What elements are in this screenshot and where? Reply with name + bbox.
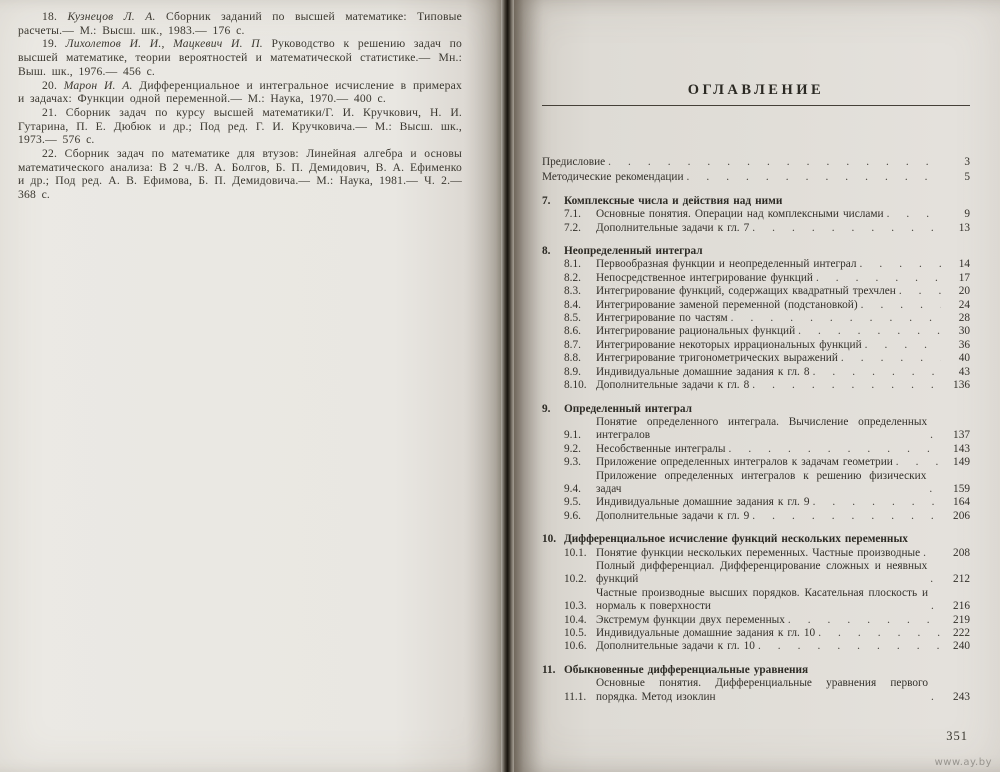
toc-item-number: 7.2.: [564, 222, 596, 235]
toc-item-page: 9: [944, 208, 970, 221]
toc-item-label: Интегрирование по частям: [596, 312, 728, 325]
toc-item-label: Методические рекомендации: [542, 171, 684, 184]
toc-item-page: 143: [944, 443, 970, 456]
dot-leader: [731, 312, 941, 325]
chapter-title: Неопределенный интеграл: [564, 245, 970, 258]
dot-leader: [931, 691, 941, 704]
toc-item-label: Первообразная функции и неопределенный и…: [596, 258, 857, 271]
chapter-heading: 11. Обыкновенные дифференциальные уравне…: [542, 664, 970, 677]
page-gutter: [501, 0, 514, 772]
chapter-items: 7.1. Основные понятия. Операции над комп…: [542, 208, 970, 235]
toc-item-number: 11.1.: [564, 691, 596, 704]
chapter-title: Дифференциальное исчисление функций неск…: [564, 533, 970, 546]
chapter-heading: 7. Комплексные числа и действия над ними: [542, 195, 970, 208]
chapter-title: Обыкновенные дифференциальные уравнения: [564, 664, 970, 677]
toc-item-number: 9.2.: [564, 443, 596, 456]
toc-item-page: 36: [944, 339, 970, 352]
toc-item: 8.6. Интегрирование рациональных функций…: [564, 325, 970, 338]
bibliography-entry: 19. Лихолетов И. И., Мацкевич И. П. Руко…: [18, 37, 462, 78]
toc-item: 8.10. Дополнительные задачи к гл. 8 136: [564, 379, 970, 392]
chapter-number: 10.: [542, 533, 564, 546]
toc-item: 8.5. Интегрирование по частям 28: [564, 312, 970, 325]
toc-item-number: 9.6.: [564, 510, 596, 523]
entry-number: 20.: [42, 79, 57, 92]
dot-leader: [923, 547, 941, 560]
bibliography-entry: 21. Сборник задач по курсу высшей матема…: [18, 106, 462, 147]
toc-chapter-11: 11. Обыкновенные дифференциальные уравне…: [542, 664, 970, 704]
chapter-heading: 10. Дифференциальное исчисление функций …: [542, 533, 970, 546]
dot-leader: [758, 640, 941, 653]
toc-item: 8.7. Интегрирование некоторых иррационал…: [564, 339, 970, 352]
toc-item-number: 8.4.: [564, 299, 596, 312]
toc-item-page: 40: [944, 352, 970, 365]
toc-item: Методические рекомендации 5: [542, 171, 970, 184]
chapter-number: 9.: [542, 403, 564, 416]
toc-item: 7.1. Основные понятия. Операции над комп…: [564, 208, 970, 221]
entry-author: Кузнецов Л. А.: [67, 10, 155, 23]
toc-item: 10.1. Понятие функции нескольких перемен…: [564, 547, 970, 560]
entry-text: Сборник задач по математике для втузов: …: [18, 147, 462, 201]
toc-item-label: Дополнительные задачи к гл. 7: [596, 222, 749, 235]
toc-item-number: 9.4.: [564, 483, 596, 496]
toc-item: 8.8. Интегрирование тригонометрических в…: [564, 352, 970, 365]
toc-item: 9.1. Понятие определенного интеграла. Вы…: [564, 416, 970, 443]
entry-number: 21.: [42, 106, 57, 119]
toc-item-page: 136: [944, 379, 970, 392]
toc-item-label: Предисловие: [542, 156, 605, 169]
toc-item-number: 8.10.: [564, 379, 596, 392]
toc-item-label: Несобственные интегралы: [596, 443, 725, 456]
toc-chapter-7: 7. Комплексные числа и действия над ними…: [542, 195, 970, 235]
page-number: 351: [946, 729, 968, 744]
toc-item-label: Интегрирование заменой переменной (подст…: [596, 299, 858, 312]
toc-item: 9.2. Несобственные интегралы 143: [564, 443, 970, 456]
dot-leader: [887, 208, 941, 221]
toc-item-number: 7.1.: [564, 208, 596, 221]
dot-leader: [752, 379, 941, 392]
toc-item-page: 14: [944, 258, 970, 271]
toc-item-number: 8.2.: [564, 272, 596, 285]
dot-leader: [752, 222, 941, 235]
toc-item-number: 8.5.: [564, 312, 596, 325]
dot-leader: [860, 258, 942, 271]
toc-item: 10.2. Полный дифференциал. Дифференциров…: [564, 560, 970, 587]
toc-item: 11.1. Основные понятия. Дифференциальные…: [564, 677, 970, 704]
toc-item-label: Экстремум функции двух переменных: [596, 614, 785, 627]
toc-item-label: Индивидуальные домашние задания к гл. 8: [596, 366, 810, 379]
toc-item-page: 208: [944, 547, 970, 560]
toc-item: 10.4. Экстремум функции двух переменных …: [564, 614, 970, 627]
toc-item: 8.3. Интегрирование функций, содержащих …: [564, 285, 970, 298]
toc-item: 9.6. Дополнительные задачи к гл. 9 206: [564, 510, 970, 523]
dot-leader: [813, 496, 941, 509]
dot-leader: [929, 483, 941, 496]
right-page: ОГЛАВЛЕНИЕ Предисловие 3 Методические ре…: [514, 0, 1000, 772]
chapter-number: 11.: [542, 664, 564, 677]
toc-item-label: Частные производные высших порядков. Кас…: [596, 587, 928, 614]
toc-item-label: Понятие функции нескольких переменных. Ч…: [596, 547, 920, 560]
dot-leader: [752, 510, 941, 523]
toc-item-label: Понятие определенного интеграла. Вычисле…: [596, 416, 927, 443]
toc-item-number: 8.1.: [564, 258, 596, 271]
chapter-title: Комплексные числа и действия над ними: [564, 195, 970, 208]
toc-item-number: 8.8.: [564, 352, 596, 365]
toc-item-page: 3: [944, 156, 970, 169]
entry-text: Сборник задач по курсу высшей математики…: [18, 106, 462, 146]
toc-item-number: 8.3.: [564, 285, 596, 298]
toc-item-number: 8.6.: [564, 325, 596, 338]
bibliography-entry: 20. Марон И. А. Дифференциальное и интег…: [18, 79, 462, 106]
left-page: 18. Кузнецов Л. А. Сборник заданий по вы…: [0, 0, 506, 772]
dot-leader: [813, 366, 941, 379]
bibliography-list: 18. Кузнецов Л. А. Сборник заданий по вы…: [18, 10, 462, 202]
toc-item-label: Интегрирование рациональных функций: [596, 325, 795, 338]
toc-item-label: Основные понятия. Операции над комплексн…: [596, 208, 884, 221]
toc-item-page: 240: [944, 640, 970, 653]
toc-item: Предисловие 3: [542, 156, 970, 169]
toc-item-label: Приложение определенных интегралов к реш…: [596, 470, 926, 497]
book-scan: 18. Кузнецов Л. А. Сборник заданий по вы…: [0, 0, 1000, 772]
dot-leader: [798, 325, 941, 338]
chapter-title: Определенный интеграл: [564, 403, 970, 416]
toc-item-page: 137: [944, 429, 970, 442]
toc-item-number: 8.7.: [564, 339, 596, 352]
title-rule: [542, 105, 970, 106]
toc-item-label: Непосредственное интегрирование функций: [596, 272, 813, 285]
dot-leader: [728, 443, 941, 456]
dot-leader: [818, 627, 941, 640]
toc-item: 9.5. Индивидуальные домашние задания к г…: [564, 496, 970, 509]
toc-item-label: Дополнительные задачи к гл. 10: [596, 640, 755, 653]
chapter-items: 9.1. Понятие определенного интеграла. Вы…: [542, 416, 970, 523]
dot-leader: [931, 600, 941, 613]
entry-number: 18.: [42, 10, 57, 23]
toc-item-number: 10.4.: [564, 614, 596, 627]
dot-leader: [865, 339, 941, 352]
chapter-items: 10.1. Понятие функции нескольких перемен…: [542, 547, 970, 654]
dot-leader: [930, 429, 941, 442]
toc-item-page: 20: [944, 285, 970, 298]
toc-chapter-10: 10. Дифференциальное исчисление функций …: [542, 533, 970, 654]
toc-item-number: 10.2.: [564, 573, 596, 586]
chapter-number: 7.: [542, 195, 564, 208]
watermark: www.ay.by: [935, 757, 992, 768]
entry-author: Лихолетов И. И., Мацкевич И. П.: [66, 37, 263, 50]
toc-item-number: 10.5.: [564, 627, 596, 640]
toc-item-label: Полный дифференциал. Дифференцирование с…: [596, 560, 927, 587]
toc-item: 8.4. Интегрирование заменой переменной (…: [564, 299, 970, 312]
toc-item-number: 9.3.: [564, 456, 596, 469]
toc-title: ОГЛАВЛЕНИЕ: [542, 84, 970, 97]
toc-item-label: Дополнительные задачи к гл. 8: [596, 379, 749, 392]
toc-item-page: 243: [944, 691, 970, 704]
toc-item-label: Интегрирование некоторых иррациональных …: [596, 339, 862, 352]
toc-item-page: 13: [944, 222, 970, 235]
toc-item-number: 8.9.: [564, 366, 596, 379]
dot-leader: [896, 456, 941, 469]
toc-item: 8.9. Индивидуальные домашние задания к г…: [564, 366, 970, 379]
chapter-number: 8.: [542, 245, 564, 258]
bibliography-entry: 22. Сборник задач по математике для втуз…: [18, 147, 462, 202]
entry-number: 19.: [42, 37, 57, 50]
toc-item-page: 164: [944, 496, 970, 509]
chapter-heading: 8. Неопределенный интеграл: [542, 245, 970, 258]
toc-item-page: 24: [944, 299, 970, 312]
toc-item-page: 149: [944, 456, 970, 469]
toc-item-page: 206: [944, 510, 970, 523]
bibliography-entry: 18. Кузнецов Л. А. Сборник заданий по вы…: [18, 10, 462, 37]
toc-chapter-8: 8. Неопределенный интеграл 8.1. Первообр…: [542, 245, 970, 392]
toc-item: 9.4. Приложение определенных интегралов …: [564, 470, 970, 497]
toc-item: 8.2. Непосредственное интегрирование фун…: [564, 272, 970, 285]
toc-item-label: Индивидуальные домашние задания к гл. 10: [596, 627, 815, 640]
toc-item-label: Дополнительные задачи к гл. 9: [596, 510, 749, 523]
toc-item-page: 17: [944, 272, 970, 285]
toc-item: 10.5. Индивидуальные домашние задания к …: [564, 627, 970, 640]
toc-item-number: 10.1.: [564, 547, 596, 560]
toc-item-page: 30: [944, 325, 970, 338]
toc-item-number: 9.1.: [564, 429, 596, 442]
toc-item-page: 222: [944, 627, 970, 640]
toc-item-number: 10.6.: [564, 640, 596, 653]
toc-item-page: 212: [944, 573, 970, 586]
entry-author: Марон И. А.: [64, 79, 133, 92]
dot-leader: [788, 614, 941, 627]
toc-item-page: 43: [944, 366, 970, 379]
toc-item-page: 159: [944, 483, 970, 496]
toc-item-number: 9.5.: [564, 496, 596, 509]
dot-leader: [861, 299, 941, 312]
table-of-contents: ОГЛАВЛЕНИЕ Предисловие 3 Методические ре…: [542, 84, 970, 704]
dot-leader: [687, 171, 942, 184]
dot-leader: [930, 573, 941, 586]
toc-item: 10.3. Частные производные высших порядко…: [564, 587, 970, 614]
chapter-items: 11.1. Основные понятия. Дифференциальные…: [542, 677, 970, 704]
toc-item-page: 28: [944, 312, 970, 325]
toc-item: 10.6. Дополнительные задачи к гл. 10 240: [564, 640, 970, 653]
toc-item-number: 10.3.: [564, 600, 596, 613]
toc-item-label: Индивидуальные домашние задания к гл. 9: [596, 496, 810, 509]
toc-item: 7.2. Дополнительные задачи к гл. 7 13: [564, 222, 970, 235]
entry-number: 22.: [42, 147, 57, 160]
dot-leader: [899, 285, 941, 298]
toc-item-page: 216: [944, 600, 970, 613]
dot-leader: [816, 272, 941, 285]
toc-item-label: Приложение определенных интегралов к зад…: [596, 456, 893, 469]
chapter-items: 8.1. Первообразная функции и неопределен…: [542, 258, 970, 392]
toc-front-list: Предисловие 3 Методические рекомендации …: [542, 156, 970, 184]
chapter-heading: 9. Определенный интеграл: [542, 403, 970, 416]
dot-leader: [608, 156, 941, 169]
dot-leader: [841, 352, 941, 365]
toc-item-label: Интегрирование функций, содержащих квадр…: [596, 285, 896, 298]
toc-item-page: 5: [944, 171, 970, 184]
toc-item: 9.3. Приложение определенных интегралов …: [564, 456, 970, 469]
toc-chapter-9: 9. Определенный интеграл 9.1. Понятие оп…: [542, 403, 970, 524]
toc-item: 8.1. Первообразная функции и неопределен…: [564, 258, 970, 271]
toc-item-page: 219: [944, 614, 970, 627]
toc-item-label: Основные понятия. Дифференциальные уравн…: [596, 677, 928, 704]
toc-item-label: Интегрирование тригонометрических выраже…: [596, 352, 838, 365]
